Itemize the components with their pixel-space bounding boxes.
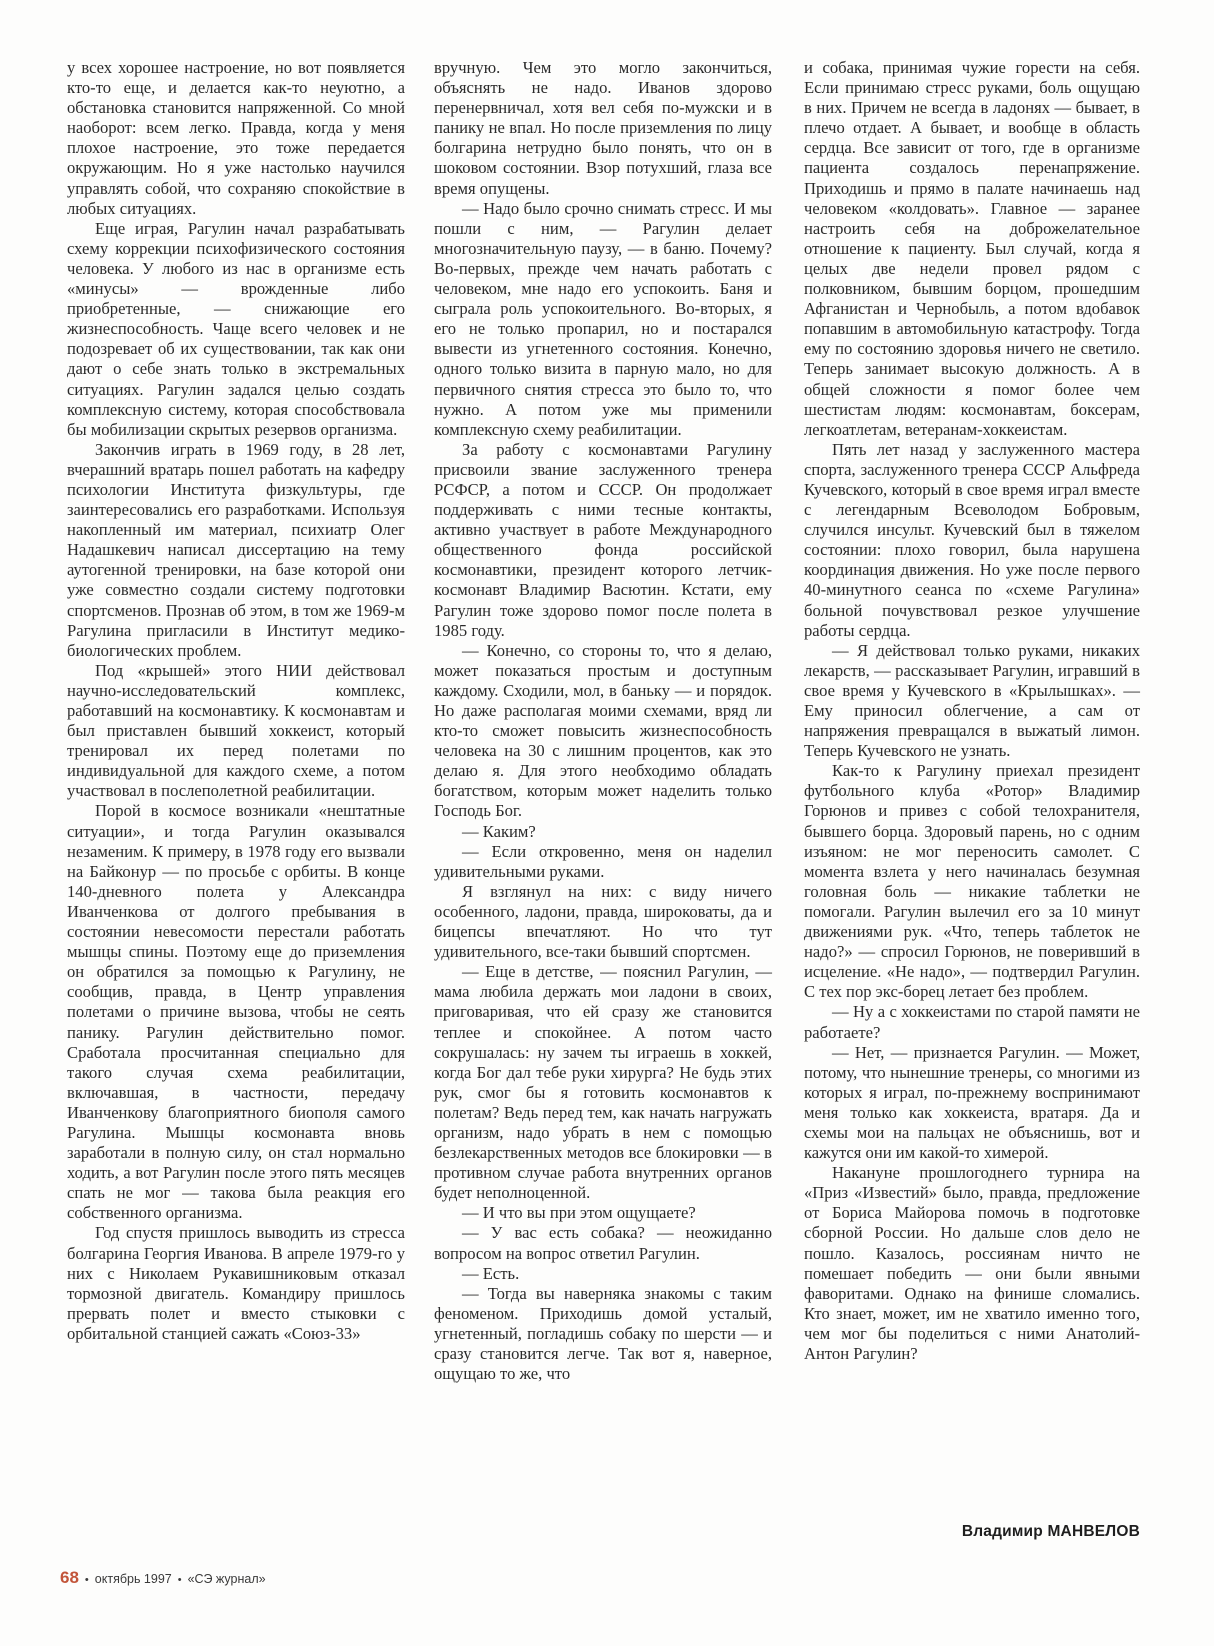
article-paragraph: вручную. Чем это могло закончиться, объя… bbox=[434, 58, 772, 199]
article-paragraph: За работу с космонавтами Рагулину присво… bbox=[434, 440, 772, 641]
footer-separator: • bbox=[178, 1574, 182, 1586]
text-column-2: вручную. Чем это могло закончиться, объя… bbox=[434, 58, 772, 1384]
article-paragraph: и собака, принимая чужие горести на себя… bbox=[804, 58, 1140, 440]
article-paragraph: — Нет, — признается Рагулин. — Может, по… bbox=[804, 1043, 1140, 1164]
article-paragraph: Год спустя пришлось выводить из стресса … bbox=[67, 1223, 405, 1344]
magazine-name: «СЭ журнал» bbox=[188, 1572, 266, 1586]
article-paragraph: — Есть. bbox=[434, 1264, 772, 1284]
page-number: 68 bbox=[60, 1568, 79, 1588]
article-paragraph: Еще играя, Рагулин начал разрабатывать с… bbox=[67, 219, 405, 440]
article-paragraph: — Еще в детстве, — пояснил Рагулин, — ма… bbox=[434, 962, 772, 1203]
article-paragraph: Я взглянул на них: с виду ничего особенн… bbox=[434, 882, 772, 962]
article-paragraph: Пять лет назад у заслуженного мастера сп… bbox=[804, 440, 1140, 641]
article-paragraph: у всех хорошее настроение, но вот появля… bbox=[67, 58, 405, 219]
article-paragraph: — Надо было срочно снимать стресс. И мы … bbox=[434, 199, 772, 440]
article-paragraph: — И что вы при этом ощущаете? bbox=[434, 1203, 772, 1223]
article-paragraph: Под «крышей» этого НИИ действовал научно… bbox=[67, 661, 405, 802]
footer-separator: • bbox=[85, 1574, 89, 1586]
article-paragraph: — Если откровенно, меня он наделил удиви… bbox=[434, 842, 772, 882]
article-paragraph: — Каким? bbox=[434, 822, 772, 842]
article-paragraph: — Конечно, со стороны то, что я делаю, м… bbox=[434, 641, 772, 822]
article-paragraph: — Ну а с хоккеистами по старой памяти не… bbox=[804, 1002, 1140, 1042]
article-paragraph: — У вас есть собака? — неожиданно вопрос… bbox=[434, 1223, 772, 1263]
text-column-1: у всех хорошее настроение, но вот появля… bbox=[67, 58, 405, 1344]
text-column-3: и собака, принимая чужие горести на себя… bbox=[804, 58, 1140, 1364]
article-paragraph: Порой в космосе возникали «нештатные сит… bbox=[67, 801, 405, 1223]
article-paragraph: — Тогда вы наверняка знакомы с таким фен… bbox=[434, 1284, 772, 1384]
article-paragraph: Закончив играть в 1969 году, в 28 лет, в… bbox=[67, 440, 405, 661]
article-paragraph: Накануне прошлогоднего турнира на «Приз … bbox=[804, 1163, 1140, 1364]
article-paragraph: — Я действовал только руками, никаких ле… bbox=[804, 641, 1140, 762]
author-signature: Владимир МАНВЕЛОВ bbox=[962, 1523, 1140, 1541]
article-paragraph: Как-то к Рагулину приехал президент футб… bbox=[804, 761, 1140, 1002]
issue-date: октябрь 1997 bbox=[95, 1572, 172, 1586]
magazine-page: у всех хорошее настроение, но вот появля… bbox=[0, 0, 1214, 1646]
page-footer: 68 • октябрь 1997 • «СЭ журнал» bbox=[60, 1568, 266, 1588]
